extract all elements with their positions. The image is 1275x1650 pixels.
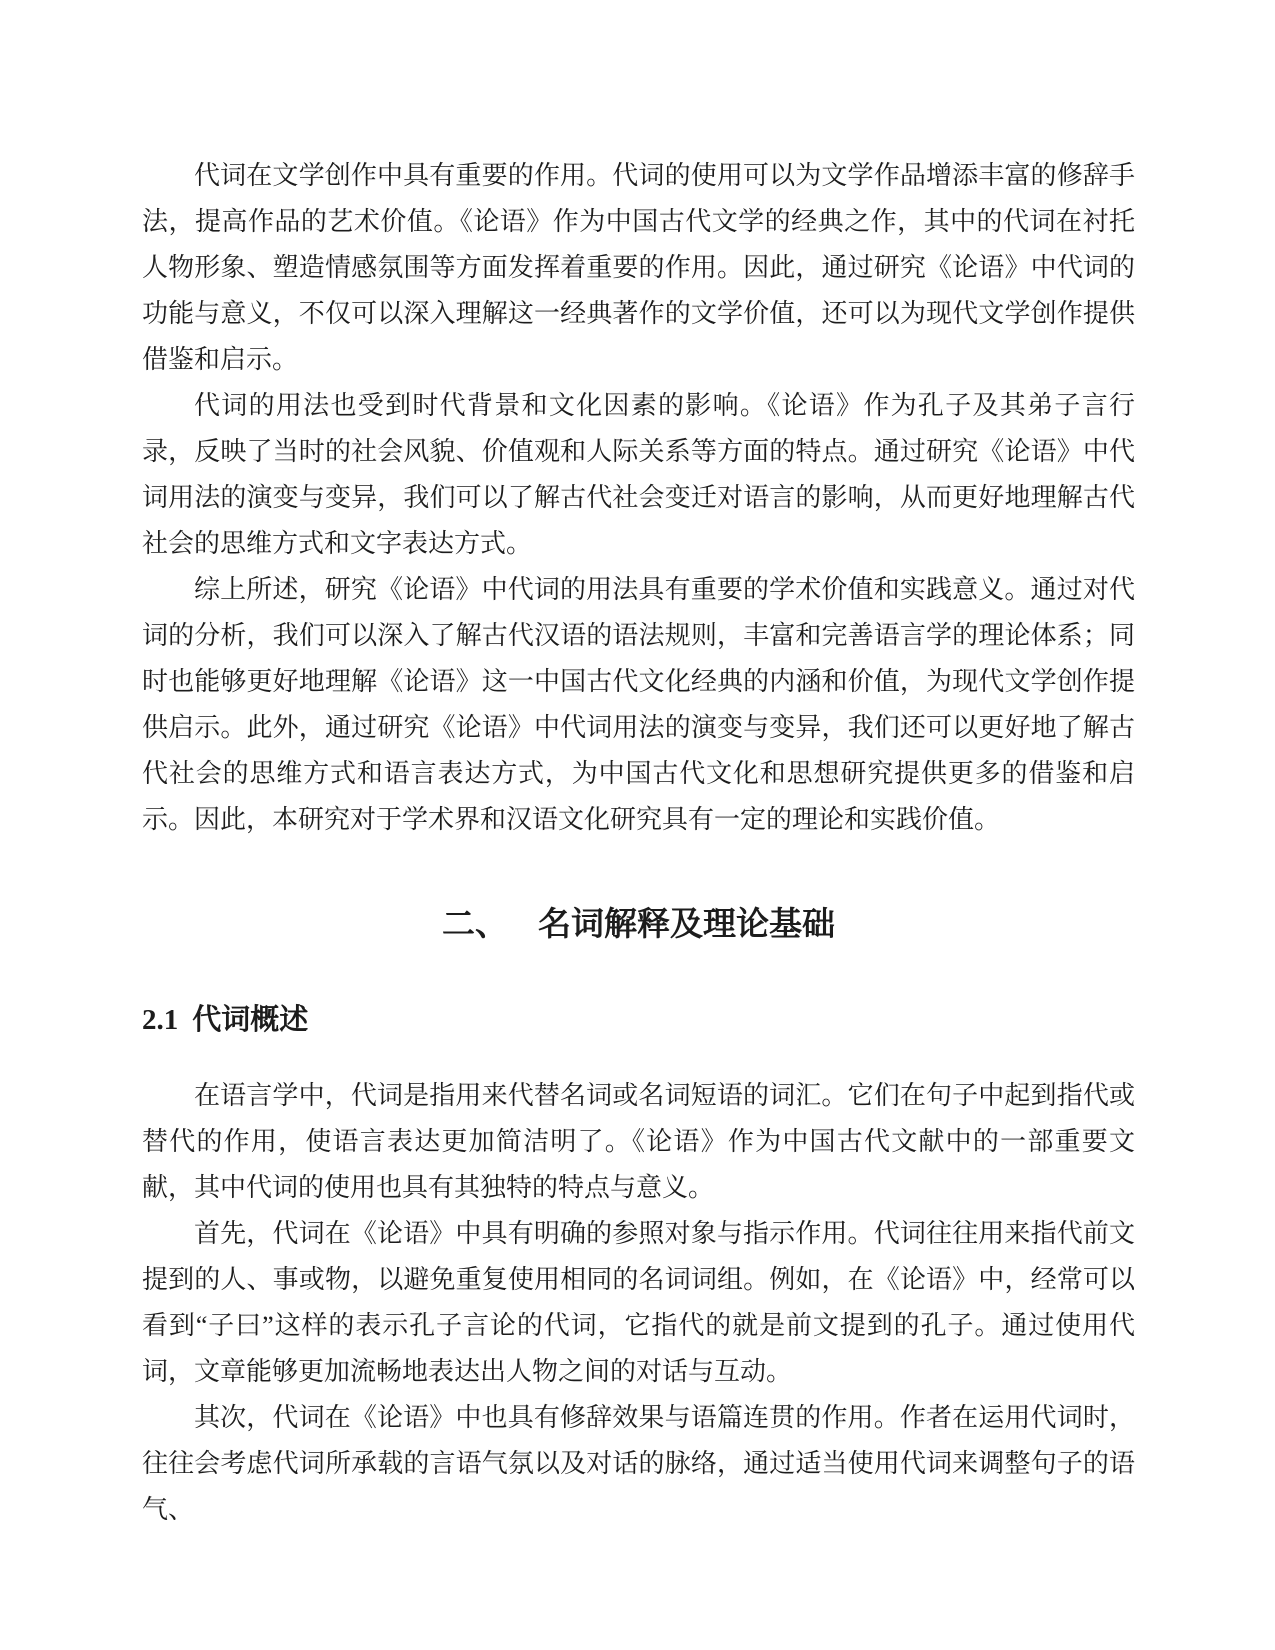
paragraph-rhetorical-cohesion: 其次，代词在《论语》中也具有修辞效果与语篇连贯的作用。作者在运用代词时，往往会考… bbox=[142, 1395, 1135, 1533]
section-heading-number: 二、 bbox=[442, 907, 508, 943]
subsection-heading: 2.1代词概述 bbox=[142, 997, 1135, 1043]
paragraph-pronoun-literary-role: 代词在文学创作中具有重要的作用。代词的使用可以为文学作品增添丰富的修辞手法，提高… bbox=[142, 153, 1135, 383]
paragraph-pronoun-definition: 在语言学中，代词是指用来代替名词或名词短语的词汇。它们在句子中起到指代或替代的作… bbox=[142, 1073, 1135, 1211]
section-heading-title: 名词解释及理论基础 bbox=[538, 907, 835, 943]
document-page: 代词在文学创作中具有重要的作用。代词的使用可以为文学作品增添丰富的修辞手法，提高… bbox=[0, 0, 1275, 1650]
section-heading: 二、名词解释及理论基础 bbox=[142, 899, 1135, 951]
paragraph-referential-function: 首先，代词在《论语》中具有明确的参照对象与指示作用。代词往往用来指代前文提到的人… bbox=[142, 1211, 1135, 1395]
paragraph-summary-value: 综上所述，研究《论语》中代词的用法具有重要的学术价值和实践意义。通过对代词的分析… bbox=[142, 567, 1135, 843]
subsection-heading-title: 代词概述 bbox=[192, 1004, 308, 1036]
paragraph-era-culture-influence: 代词的用法也受到时代背景和文化因素的影响。《论语》作为孔子及其弟子言行录，反映了… bbox=[142, 383, 1135, 567]
subsection-heading-number: 2.1 bbox=[142, 1004, 178, 1036]
